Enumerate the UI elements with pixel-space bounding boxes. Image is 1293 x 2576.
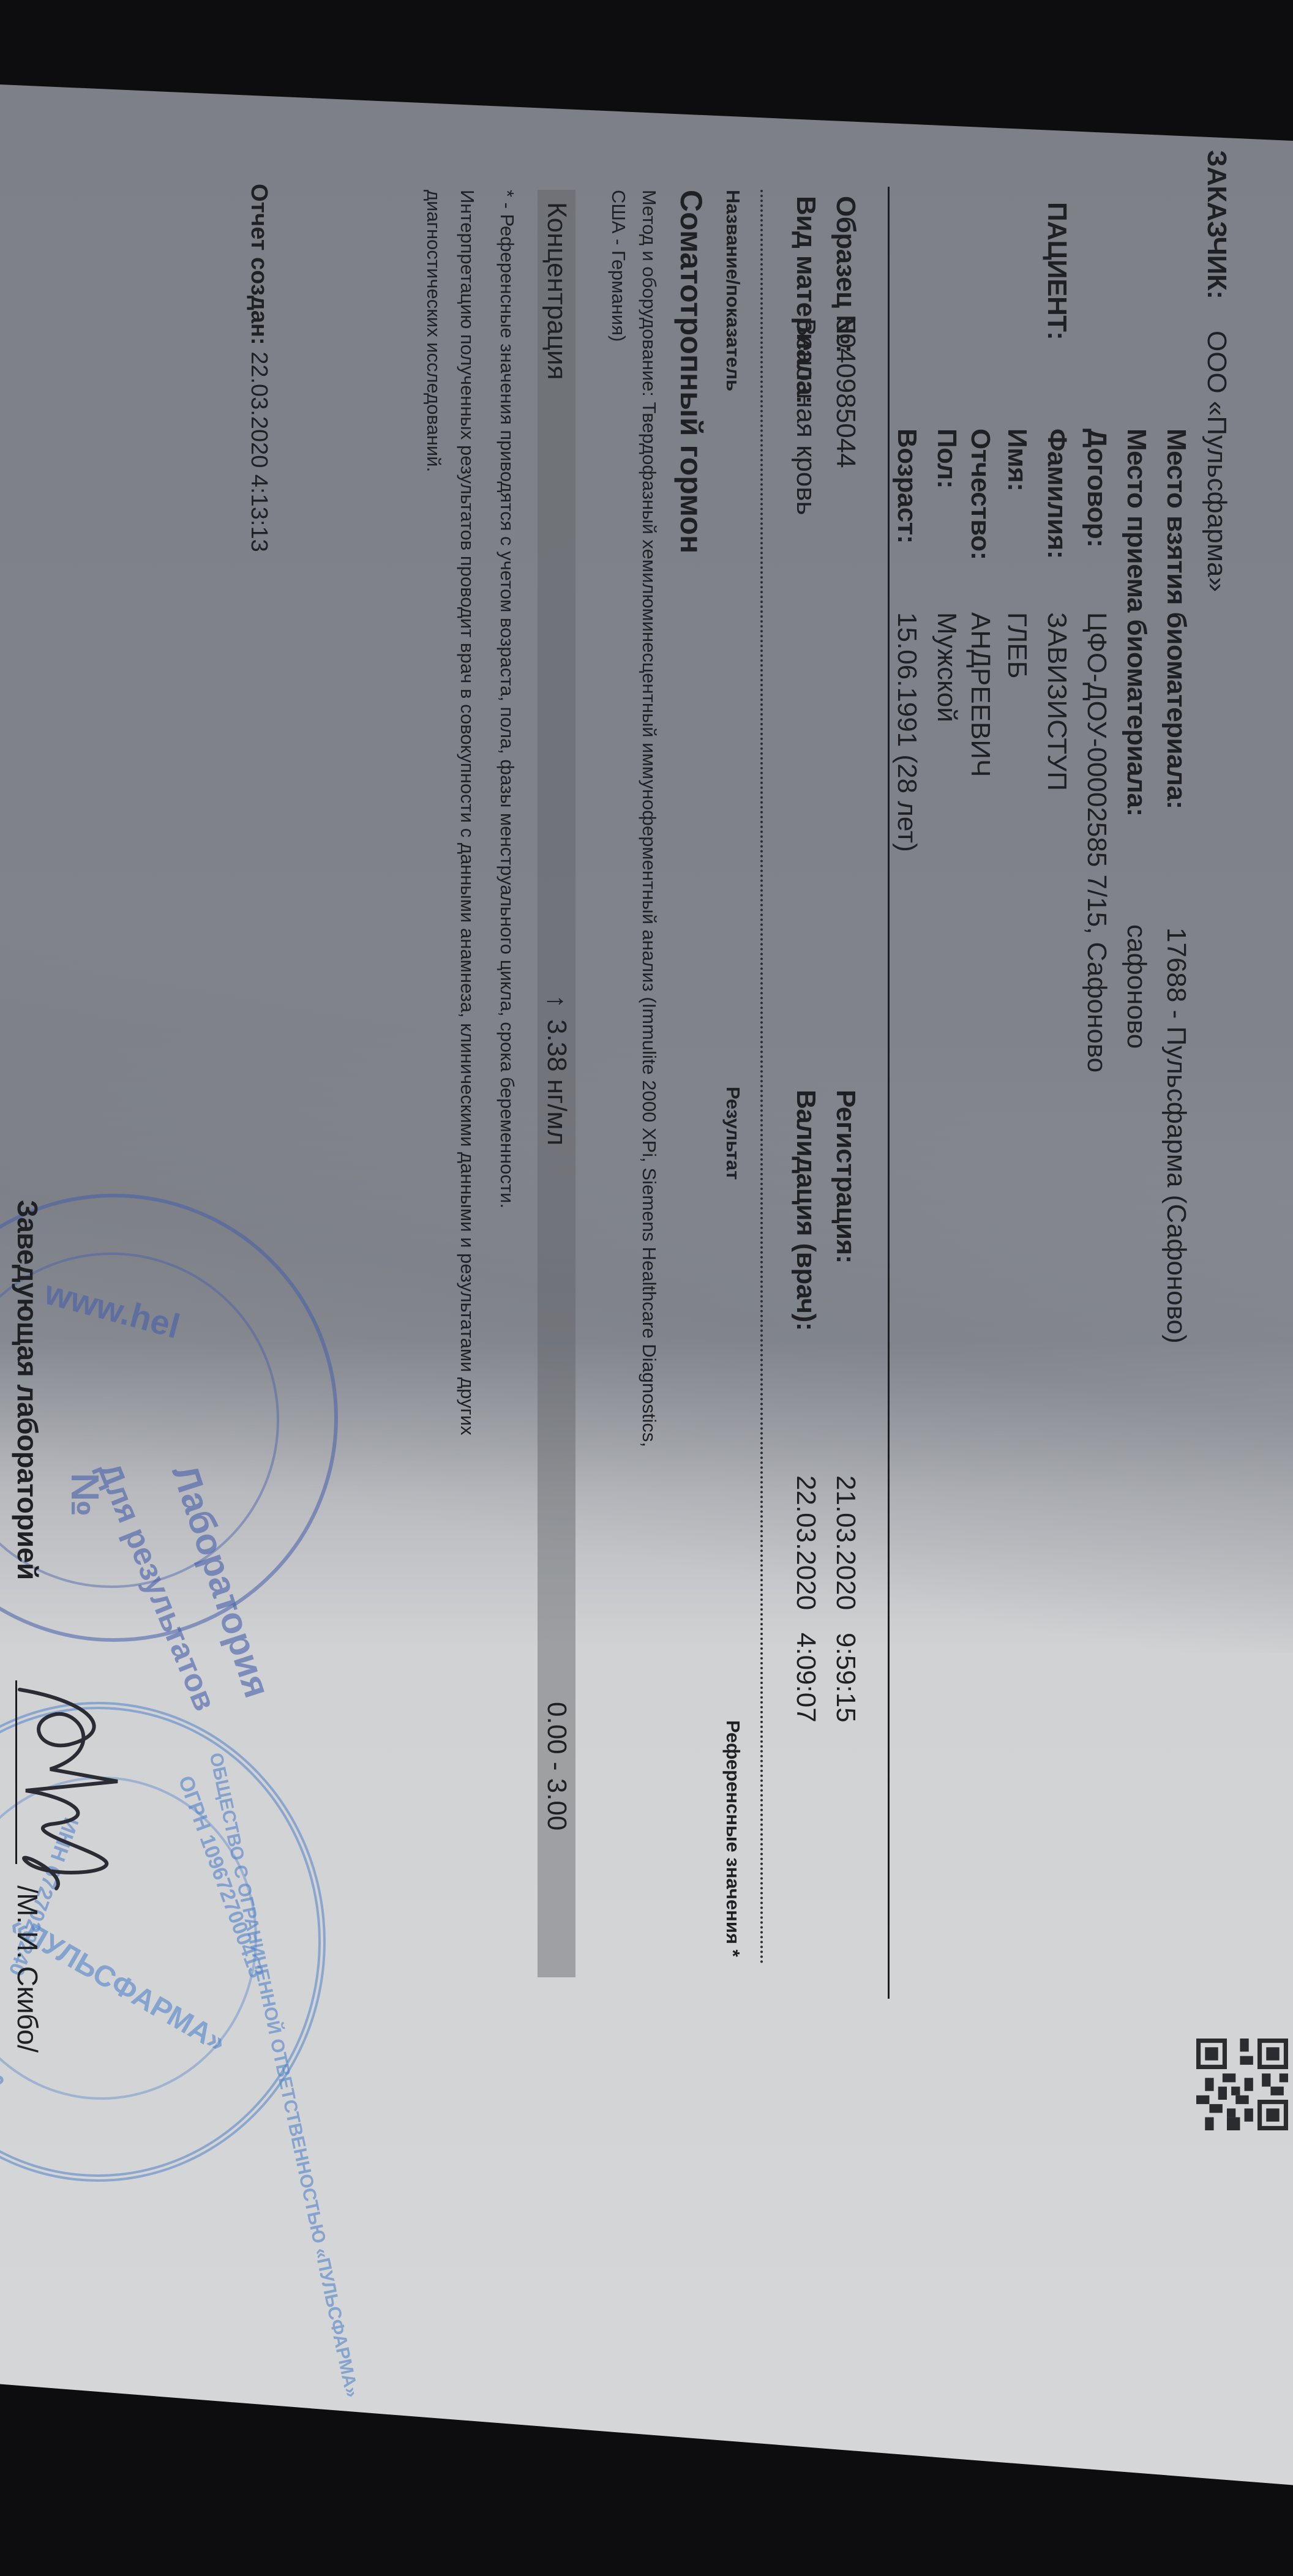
sample-number-value: 5040985044 (830, 318, 861, 468)
interpretation-note-line1: Интерпретацию полученных результатов про… (456, 190, 478, 1436)
reference-footnote: * - Референсные значения приводятся с уч… (496, 190, 518, 1208)
customer-label: ЗАКАЗЧИК: (1201, 150, 1232, 299)
method-label: Метод и оборудование: (639, 190, 660, 397)
header-divider (888, 187, 890, 1999)
collection-site-label: Место взятия биоматериала: (1161, 429, 1191, 809)
patronymic-value: АНДРЕЕВИЧ (965, 612, 995, 777)
qr-code-icon (1196, 2039, 1288, 2130)
signatory-name: /М. И. Скибо/ (11, 1885, 44, 2053)
reception-site-value: сафоново (1121, 924, 1152, 1049)
method-line: Метод и оборудование: Твердофазный хемил… (638, 190, 660, 1447)
test-name: Соматотропный гормон (673, 190, 709, 553)
sex-label: Пол: (931, 429, 962, 489)
reception-site-label: Место приема биоматериала: (1121, 429, 1152, 817)
table-divider (760, 190, 763, 1965)
column-header-result: Результат (722, 1087, 744, 1180)
handwritten-signature-icon (1, 1677, 142, 1898)
registration-value: 21.03.2020 9:59:15 (830, 1475, 861, 1723)
interpretation-note-line2: диагностических исследований. (422, 190, 444, 472)
report-created: Отчет создан: 22.03.2020 4:13:13 (245, 184, 272, 552)
high-flag-arrow-icon: ↑ (541, 995, 572, 1008)
table-row: Концентрация (541, 202, 572, 380)
report-created-label: Отчет создан: (246, 184, 272, 345)
signature-label: Заведующая лабораторией (11, 1200, 44, 1580)
name-value: ГЛЕБ (1002, 612, 1032, 678)
validation-value: 22.03.2020 4:09:07 (790, 1475, 821, 1723)
customer-value: ООО «Пульсфарма» (1201, 331, 1232, 592)
method-text: Твердофазный хемилюминесцентный иммунофе… (639, 402, 660, 1447)
collection-site-value: 17688 - Пульсфарма (Сафоново) (1161, 927, 1191, 1344)
result-value: 3.38 нг/мл (541, 1019, 572, 1145)
surname-value: ЗАВИЗИСТУП (1041, 612, 1072, 791)
validation-label: Валидация (врач): (790, 1090, 821, 1331)
column-header-name: Название/показатель (722, 190, 744, 391)
material-value: Венозная кровь (790, 318, 821, 515)
reference-range: 0.00 - 3.00 (541, 1702, 572, 1830)
report-created-value: 22.03.2020 4:13:13 (246, 351, 272, 552)
lab-report-photo: ЗАКАЗЧИК: ООО «Пульсфарма» Место взятия … (0, 0, 1293, 2576)
lab-stamp-number: № (62, 1473, 108, 1516)
method-text-cont: США - Германия) (607, 190, 629, 342)
contract-label: Договор: (1081, 429, 1112, 547)
column-header-reference: Референсные значения * (722, 1720, 744, 1957)
age-value: 15.06.1991 (28 лет) (891, 612, 922, 852)
company-stamp-city: ЯРЦЕВО (0, 2064, 8, 2129)
surname-label: Фамилия: (1041, 429, 1072, 559)
registration-label: Регистрация: (830, 1090, 861, 1264)
patronymic-label: Отчество: (965, 429, 995, 560)
patient-section-label: ПАЦИЕНТ: (1041, 202, 1072, 340)
sex-value: Мужской (931, 612, 962, 722)
name-label: Имя: (1002, 429, 1032, 492)
age-label: Возраст: (891, 429, 922, 544)
contract-value: ЦФО-ДОУ-00002585 7/15, Сафоново (1081, 612, 1112, 1073)
parameter-name: Концентрация (542, 202, 572, 380)
